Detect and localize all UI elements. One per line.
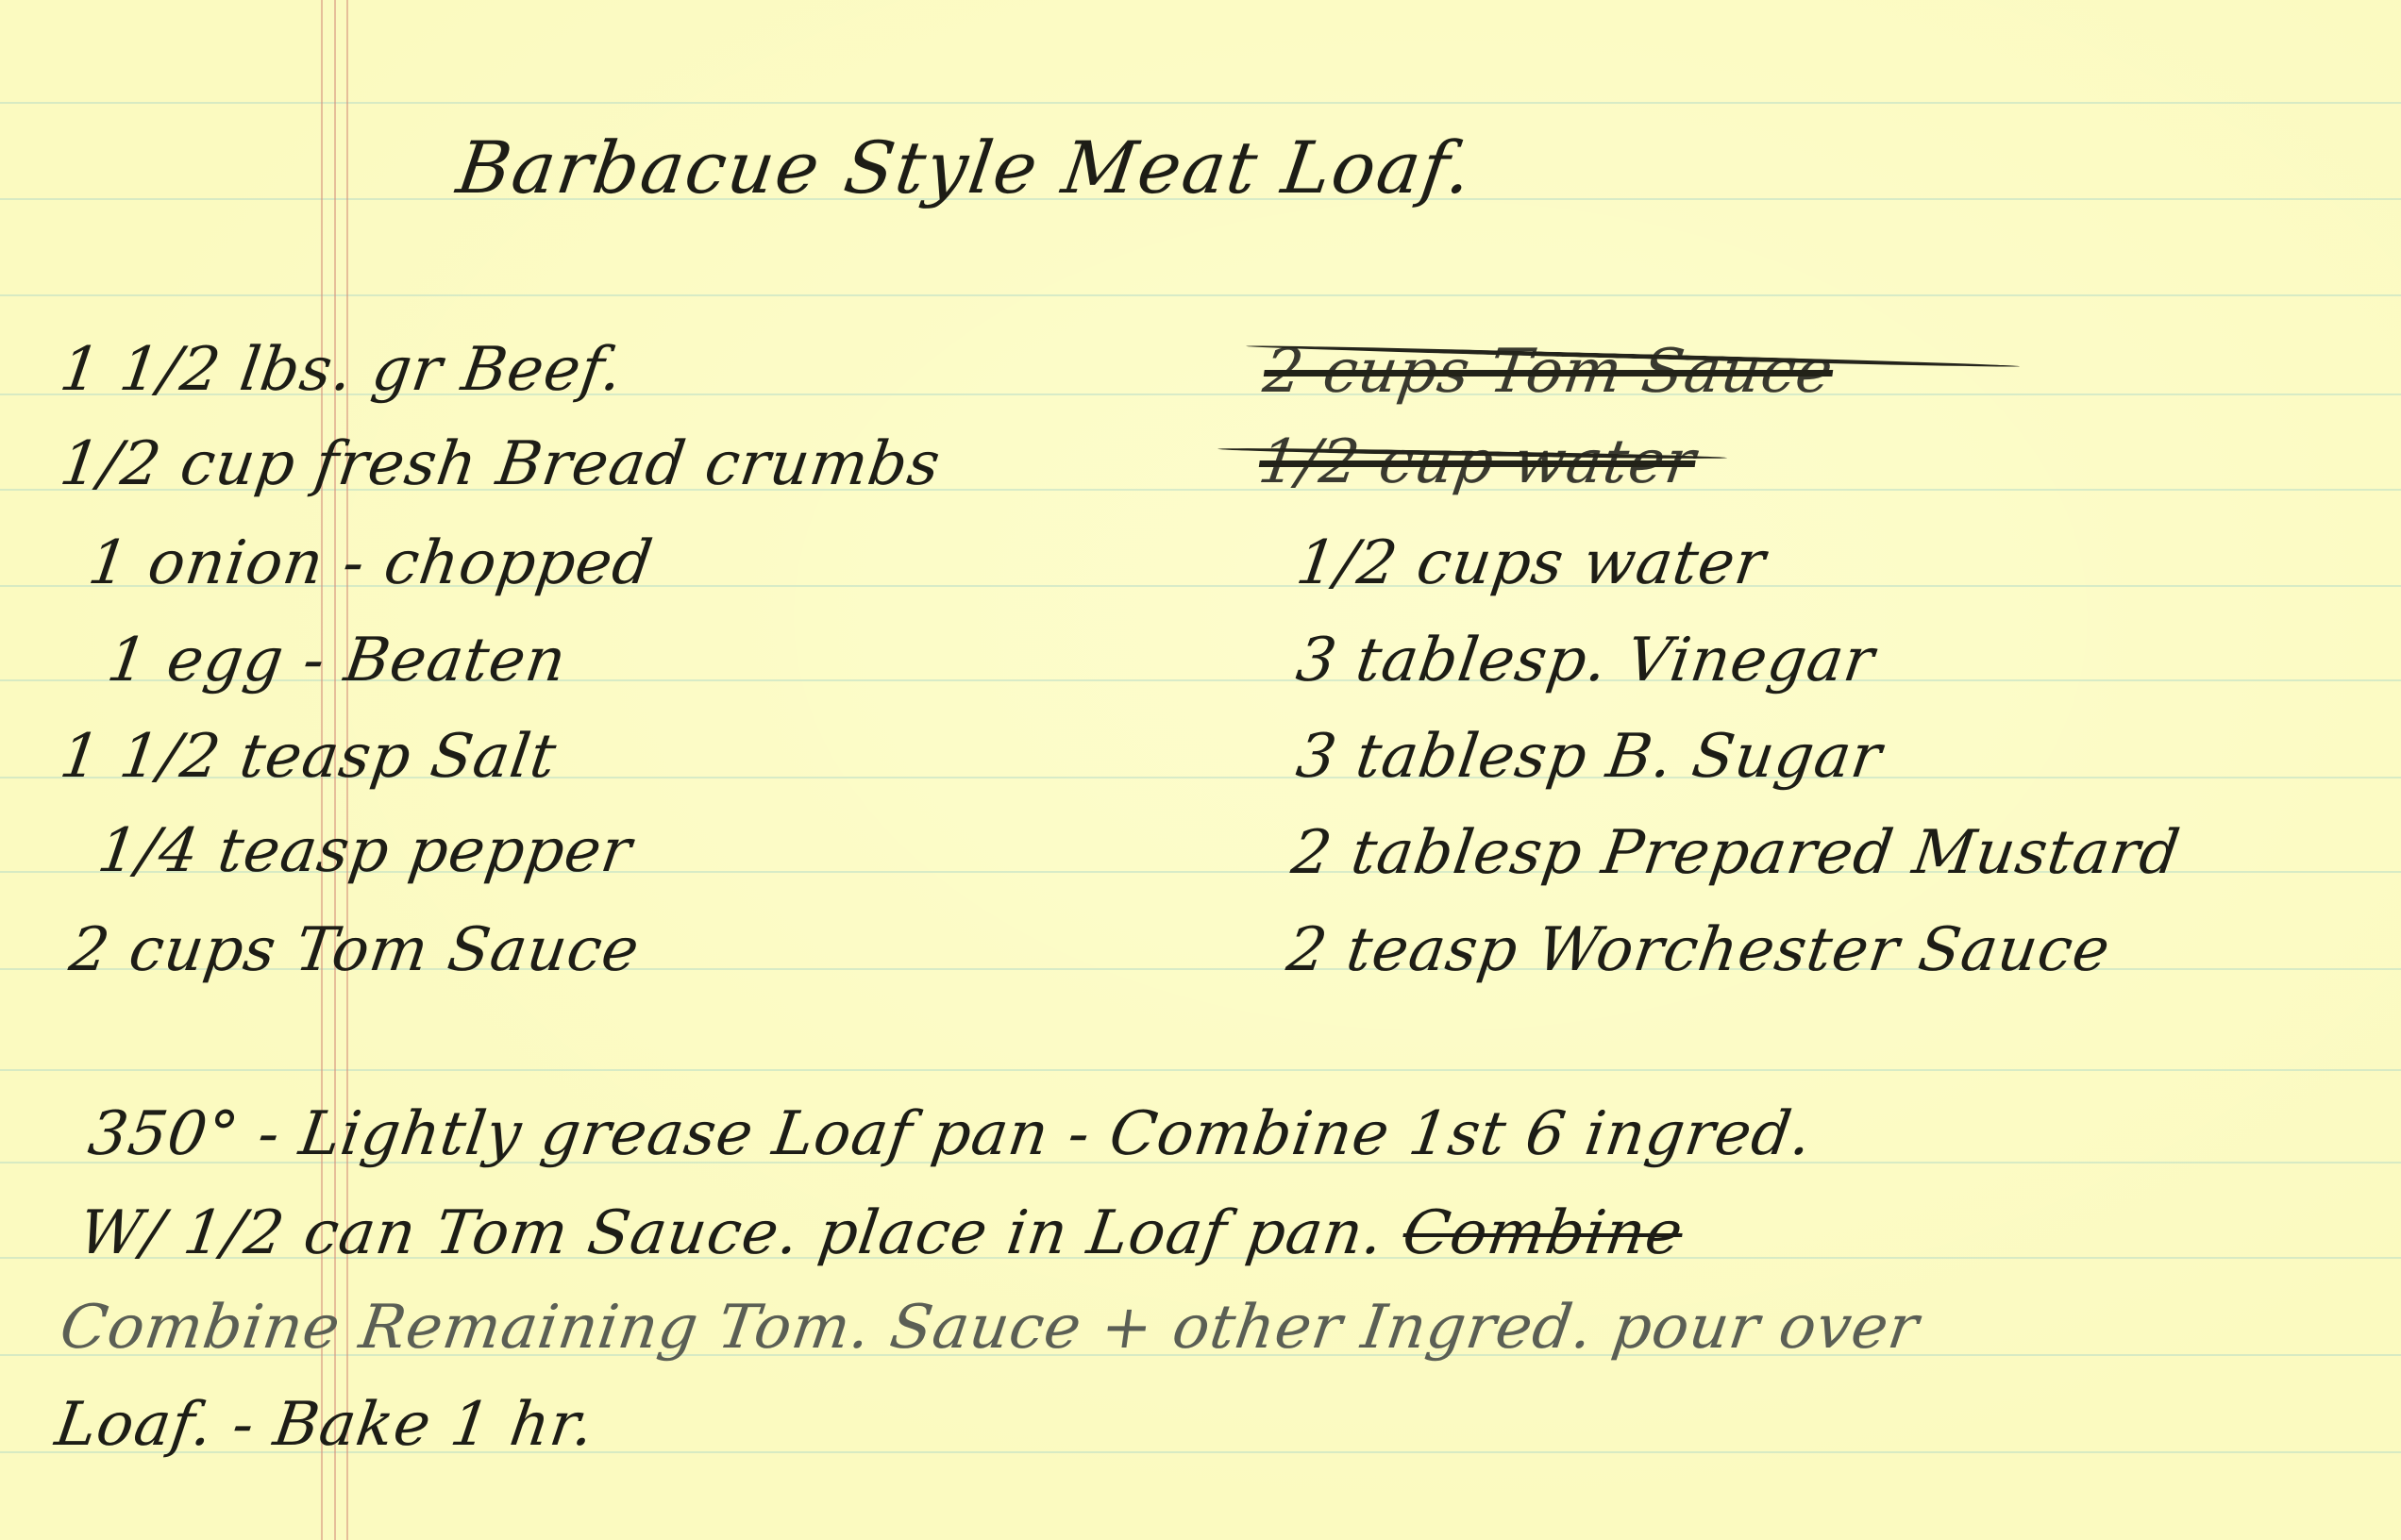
ingredient-item: 1 egg - Beaten: [104, 630, 570, 691]
legal-pad-page: Barbacue Style Meat Loaf. 1 1/2 lbs. gr …: [0, 0, 2401, 1540]
instruction-line-4: Loaf. - Bake 1 hr.: [52, 1395, 598, 1455]
ingredient-item: 2 cups Tom Sauce: [66, 920, 643, 980]
ingredient-item: 2 teasp Worchester Sauce: [1284, 920, 2114, 980]
ingredient-item: 2 tablesp Prepared Mustard: [1288, 823, 2184, 883]
instruction-line-2-text: W/ 1/2 can Tom Sauce. place in Loaf pan.: [75, 1198, 1387, 1268]
struck-ingredient-item: 2 cups Tom Sauce: [1260, 342, 1837, 402]
instruction-line-2: W/ 1/2 can Tom Sauce. place in Loaf pan.…: [76, 1203, 1687, 1264]
struck-word: Combine: [1399, 1198, 1687, 1268]
ruled-line: [0, 294, 2401, 296]
instruction-line-1: 350° - Lightly grease Loaf pan - Combine…: [85, 1104, 1816, 1164]
ingredient-item: 1 1/2 lbs. gr Beef.: [57, 340, 627, 400]
struck-ingredient-item: 1/2 cup water: [1255, 432, 1700, 493]
recipe-title: Barbacue Style Meat Loaf.: [453, 132, 1478, 204]
ingredient-item: 1 1/2 teasp Salt: [57, 727, 560, 787]
ingredient-item: 1/4 teasp pepper: [94, 821, 635, 881]
ingredient-item: 1/2 cup fresh Bread crumbs: [57, 434, 944, 494]
ruled-line: [0, 1069, 2401, 1071]
ingredient-item: 3 tablesp. Vinegar: [1293, 630, 1878, 691]
ingredient-item: 3 tablesp B. Sugar: [1293, 727, 1886, 787]
instruction-line-3: Combine Remaining Tom. Sauce + other Ing…: [57, 1297, 1922, 1358]
ingredient-item: 1/2 cups water: [1293, 533, 1770, 594]
ingredient-item: 1 onion - chopped: [85, 533, 657, 594]
ruled-line: [0, 102, 2401, 104]
